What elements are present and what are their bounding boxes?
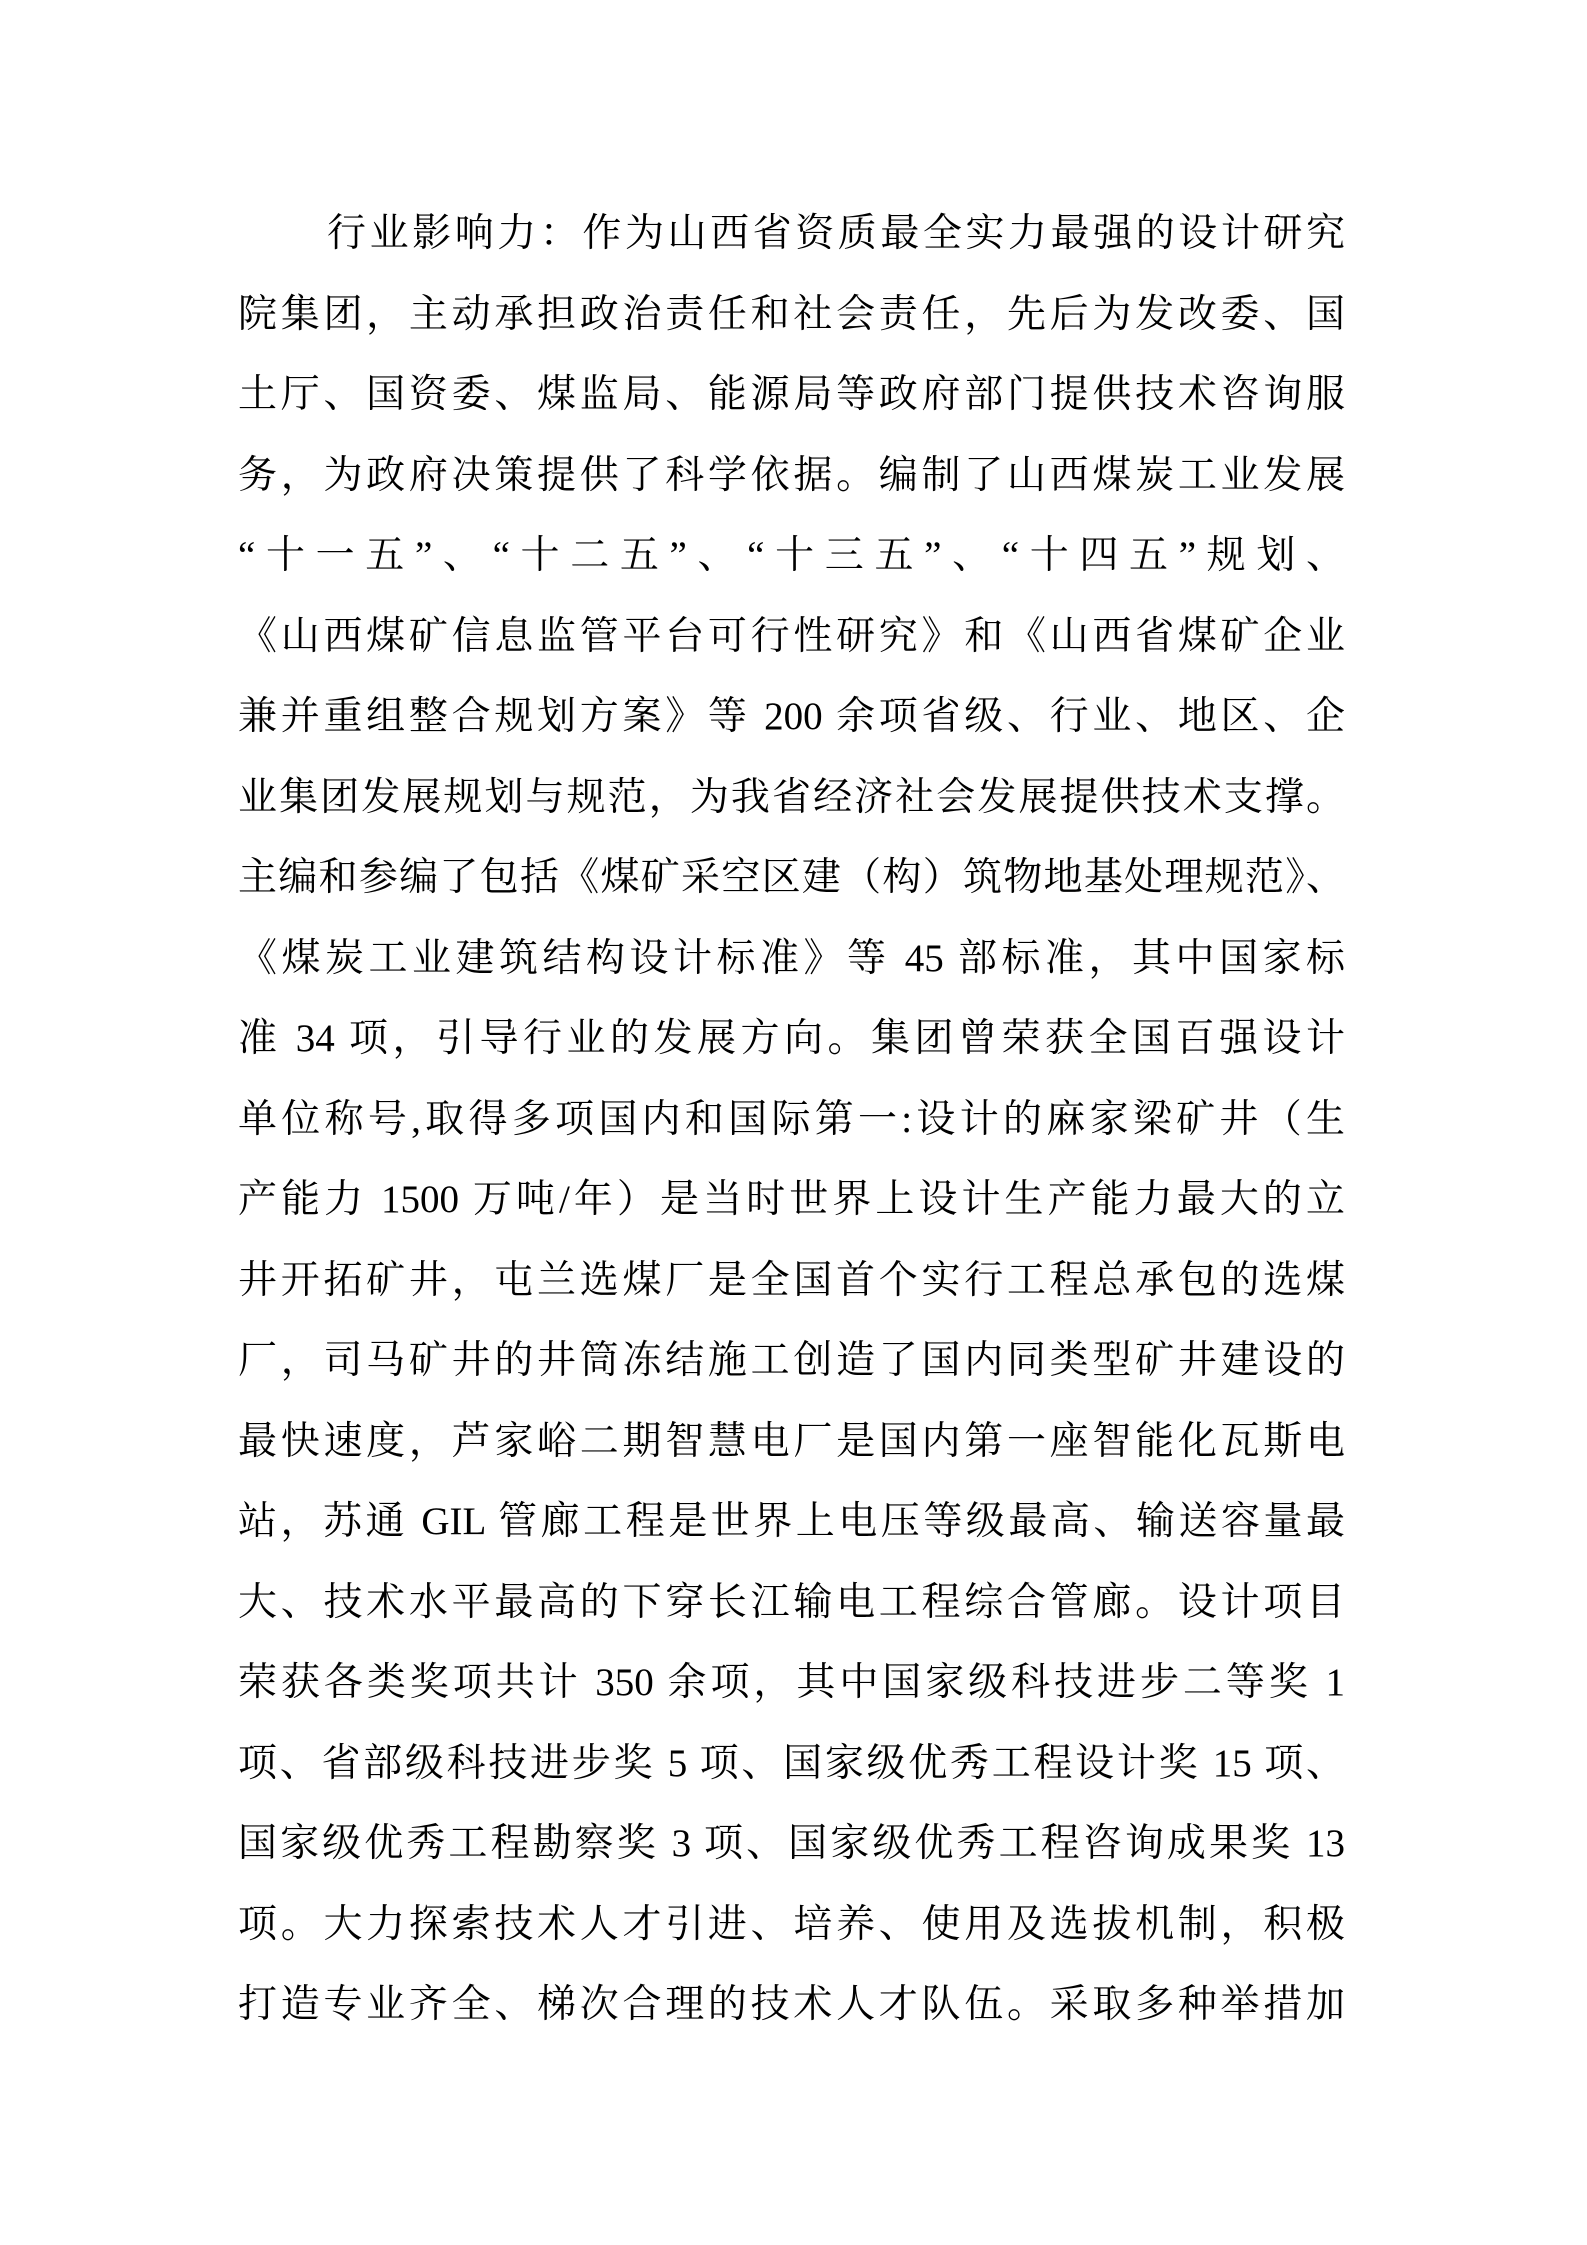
text-line: 站，苏通 GIL 管廊工程是世界上电压等级最高、输送容量最 (238, 1482, 1345, 1563)
text-line: 大、技术水平最高的下穿长江输电工程综合管廊。设计项目 (238, 1563, 1345, 1644)
text-line: 单位称号,取得多项国内和国际第一:设计的麻家梁矿井（生 (238, 1080, 1345, 1161)
text-line: 最快速度，芦家峪二期智慧电厂是国内第一座智能化瓦斯电 (238, 1402, 1345, 1483)
text-line: 主编和参编了包括《煤矿采空区建（构）筑物地基处理规范》、 (238, 838, 1345, 919)
text-line: 《山西煤矿信息监管平台可行性研究》和《山西省煤矿企业 (238, 597, 1345, 678)
text-line: 业集团发展规划与规范，为我省经济社会发展提供技术支撑。 (238, 758, 1345, 839)
text-line: 行业影响力：作为山西省资质最全实力最强的设计研究 (238, 194, 1345, 275)
text-line: 荣获各类奖项共计 350 余项，其中国家级科技进步二等奖 1 (238, 1643, 1345, 1724)
text-line: 《煤炭工业建筑结构设计标准》等 45 部标准，其中国家标 (238, 919, 1345, 1000)
text-line: 井开拓矿井，屯兰选煤厂是全国首个实行工程总承包的选煤 (238, 1241, 1345, 1322)
text-line: 土厅、国资委、煤监局、能源局等政府部门提供技术咨询服 (238, 355, 1345, 436)
text-line: “十一五”、“十二五”、“十三五”、“十四五”规划、 (238, 516, 1345, 597)
text-line: 院集团，主动承担政治责任和社会责任，先后为发改委、国 (238, 275, 1345, 356)
document-page: 行业影响力：作为山西省资质最全实力最强的设计研究院集团，主动承担政治责任和社会责… (0, 0, 1587, 2245)
paragraph-industry-influence: 行业影响力：作为山西省资质最全实力最强的设计研究院集团，主动承担政治责任和社会责… (238, 194, 1345, 2046)
text-line: 项、省部级科技进步奖 5 项、国家级优秀工程设计奖 15 项、 (238, 1724, 1345, 1805)
text-line: 准 34 项，引导行业的发展方向。集团曾荣获全国百强设计 (238, 999, 1345, 1080)
text-line: 务，为政府决策提供了科学依据。编制了山西煤炭工业发展 (238, 436, 1345, 517)
text-line: 产能力 1500 万吨/年）是当时世界上设计生产能力最大的立 (238, 1160, 1345, 1241)
text-line: 项。大力探索技术人才引进、培养、使用及选拔机制，积极 (238, 1885, 1345, 1966)
text-line: 厂，司马矿井的井筒冻结施工创造了国内同类型矿井建设的 (238, 1321, 1345, 1402)
text-line: 兼并重组整合规划方案》等 200 余项省级、行业、地区、企 (238, 677, 1345, 758)
text-line: 打造专业齐全、梯次合理的技术人才队伍。采取多种举措加 (238, 1965, 1345, 2046)
text-line: 国家级优秀工程勘察奖 3 项、国家级优秀工程咨询成果奖 13 (238, 1804, 1345, 1885)
